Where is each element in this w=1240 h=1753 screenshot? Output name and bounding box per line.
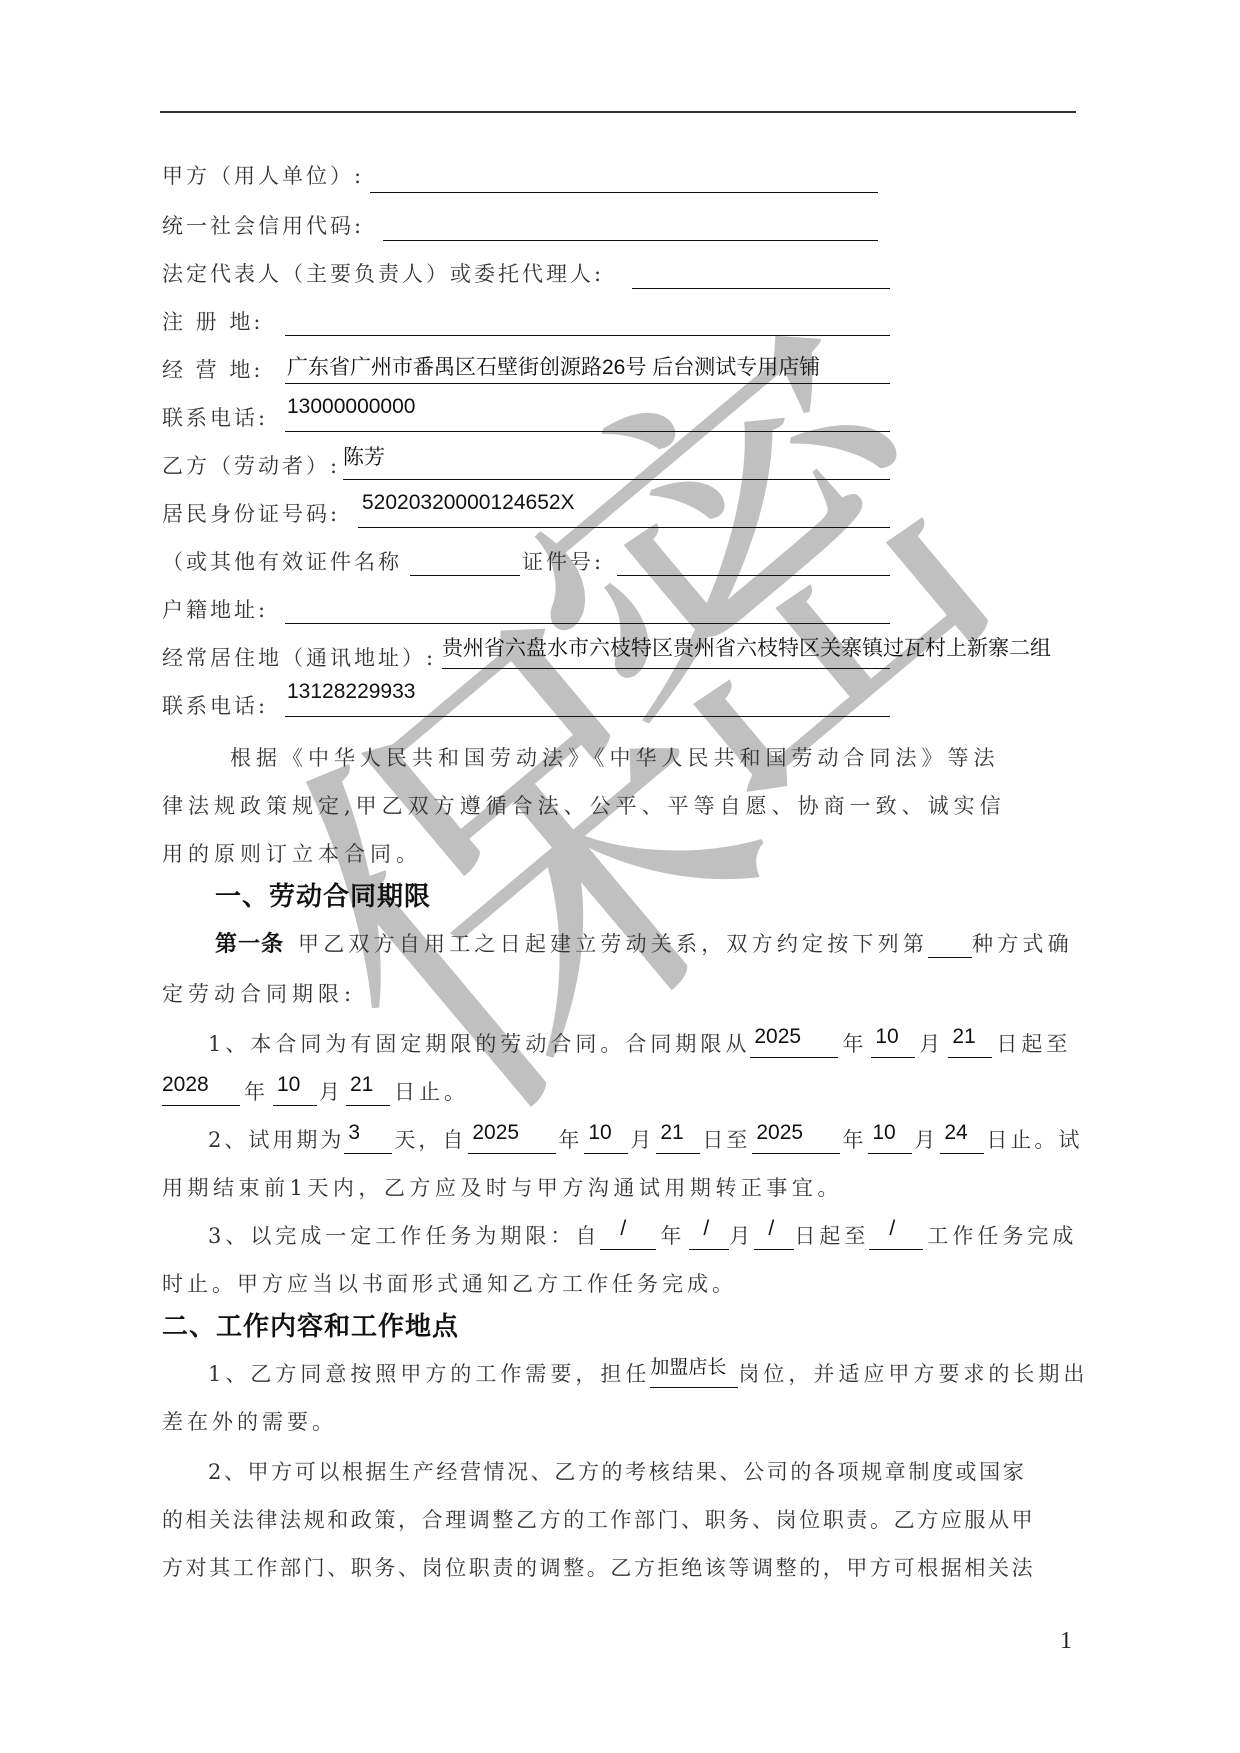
task-year-input[interactable]: / (600, 1219, 656, 1250)
probation-line-2: 用期结束前1天内，乙方应及时与甲方沟通试用期转正事宜。 (162, 1154, 843, 1202)
preamble-line-2: 律法规政策规定,甲乙双方遵循合法、公平、平等自愿、协商一致、诚实信 (162, 772, 1006, 820)
task-term-line: 3、以完成一定工作任务为期限：自 / 年 / 月 / 日起至 / 工作任务完成 (208, 1202, 1077, 1250)
credit-code-input[interactable] (383, 210, 878, 241)
probation-start-month-input[interactable]: 10 (584, 1123, 628, 1154)
fixed-term-line-2: 2028 年 10 月 21 日止。 (162, 1058, 469, 1106)
employer-label: 甲方（用人单位）: (162, 160, 364, 190)
fixed-term-line: 1、本合同为有固定期限的劳动合同。合同期限从 2025 年 10 月 21 日起… (208, 1010, 1071, 1058)
task-term-line-2: 时止。甲方应当以书面形式通知乙方工作任务完成。 (162, 1250, 737, 1298)
probation-end-year-input[interactable]: 2025 (752, 1123, 840, 1154)
job-position-input[interactable]: 加盟店长 (650, 1357, 738, 1388)
household-address-row: 户籍地址: (162, 594, 268, 624)
residence-label: 经常居住地（通讯地址）: (162, 642, 436, 672)
adjustment-line-2: 的相关法律法规和政策，合理调整乙方的工作部门、职务、岗位职责。乙方应服从甲 (162, 1486, 1035, 1534)
probation-end-month-input[interactable]: 10 (868, 1123, 912, 1154)
adjustment-line-1: 2、甲方可以根据生产经营情况、乙方的考核结果、公司的各项规章制度或国家 (208, 1438, 1026, 1486)
legal-rep-label: 法定代表人（主要负责人）或委托代理人: (162, 258, 604, 288)
page-number: 1 (1060, 1628, 1072, 1655)
other-id-no-row: 证件号: (522, 546, 604, 576)
section-2-heading: 二、工作内容和工作地点 (162, 1306, 459, 1343)
employer-field-row: 甲方（用人单位）: (162, 160, 364, 190)
task-month-input[interactable]: / (689, 1219, 729, 1250)
worker-name-input[interactable]: 陈芳 (343, 449, 890, 480)
article-1-label: 第一条 (215, 927, 284, 958)
probation-start-day-input[interactable]: 21 (656, 1123, 700, 1154)
id-number-row: 居民身份证号码: (162, 498, 340, 528)
preamble-line-1: 根据《中华人民共和国劳动法》《中华人民共和国劳动合同法》等法 (230, 724, 1000, 772)
credit-code-row: 统一社会信用代码: (162, 210, 364, 240)
preamble-line-3: 用的原则订立本合同。 (162, 820, 422, 868)
adjustment-line-3: 方对其工作部门、职务、岗位职责的调整。乙方拒绝该等调整的，甲方可根据相关法 (162, 1534, 1035, 1582)
business-address-label: 经 营 地: (162, 354, 263, 384)
party-a-phone-input[interactable]: 13000000000 (285, 401, 890, 432)
document-page: 保 密 甲方（用人单位）: 统一社会信用代码: 法定代表人（主要负责人）或委托代… (0, 0, 1240, 1753)
party-a-phone-row: 联系电话: (162, 402, 268, 432)
contract-end-year-input[interactable]: 2028 (162, 1075, 240, 1106)
other-id-no-label: 证件号: (522, 546, 604, 576)
other-id-no-input[interactable] (617, 545, 890, 576)
other-id-label: （或其他有效证件名称 (162, 546, 402, 576)
probation-line: 2、试用期为 3 天，自 2025 年 10 月 21 日至 2025 年 10… (208, 1106, 1082, 1154)
section-1-heading: 一、劳动合同期限 (215, 876, 431, 913)
id-number-input[interactable]: 52020320000124652X (358, 497, 890, 528)
contract-end-month-input[interactable]: 10 (273, 1075, 317, 1106)
party-a-phone-label: 联系电话: (162, 402, 268, 432)
household-address-input[interactable] (285, 593, 890, 624)
legal-rep-row: 法定代表人（主要负责人）或委托代理人: (162, 258, 604, 288)
party-b-phone-row: 联系电话: (162, 690, 268, 720)
residence-row: 经常居住地（通讯地址）: (162, 642, 436, 672)
job-position-line-2: 差在外的需要。 (162, 1388, 337, 1436)
party-b-phone-label: 联系电话: (162, 690, 268, 720)
term-type-choice-input[interactable] (928, 927, 972, 958)
household-address-label: 户籍地址: (162, 594, 268, 624)
header-rule (160, 111, 1076, 113)
contract-end-day-input[interactable]: 21 (346, 1075, 390, 1106)
business-address-row: 经 营 地: (162, 354, 263, 384)
other-id-row: （或其他有效证件名称 (162, 546, 402, 576)
registered-address-label: 注 册 地: (162, 306, 263, 336)
worker-label: 乙方（劳动者）: (162, 450, 340, 480)
registered-address-row: 注 册 地: (162, 306, 263, 336)
job-position-line: 1、乙方同意按照甲方的工作需要，担任 加盟店长 岗位，并适应甲方要求的长期出 (208, 1340, 1088, 1388)
probation-end-day-input[interactable]: 24 (940, 1123, 984, 1154)
residence-input[interactable]: 贵州省六盘水市六枝特区贵州省六枝特区关寨镇过瓦村上新寨二组 (442, 638, 890, 669)
registered-address-input[interactable] (285, 305, 890, 336)
employer-input[interactable] (370, 162, 878, 193)
article-1-line-2: 定劳动合同期限: (162, 960, 356, 1008)
task-until-input[interactable]: / (869, 1219, 923, 1250)
credit-code-label: 统一社会信用代码: (162, 210, 364, 240)
contract-start-month-input[interactable]: 10 (871, 1027, 915, 1058)
contract-start-day-input[interactable]: 21 (948, 1027, 992, 1058)
legal-rep-input[interactable] (632, 258, 890, 289)
probation-days-input[interactable]: 3 (344, 1123, 392, 1154)
business-address-input[interactable]: 广东省广州市番禺区石壁街创源路26号 后台测试专用店铺 (285, 353, 890, 384)
article-1-line: 第一条 甲乙双方自用工之日起建立劳动关系，双方约定按下列第 种方式确 (215, 910, 1073, 958)
party-b-phone-input[interactable]: 13128229933 (285, 686, 890, 717)
probation-start-year-input[interactable]: 2025 (468, 1123, 556, 1154)
other-id-name-input[interactable] (410, 545, 520, 576)
worker-row: 乙方（劳动者）: (162, 450, 340, 480)
id-number-label: 居民身份证号码: (162, 498, 340, 528)
contract-start-year-input[interactable]: 2025 (750, 1027, 838, 1058)
task-day-input[interactable]: / (754, 1219, 794, 1250)
